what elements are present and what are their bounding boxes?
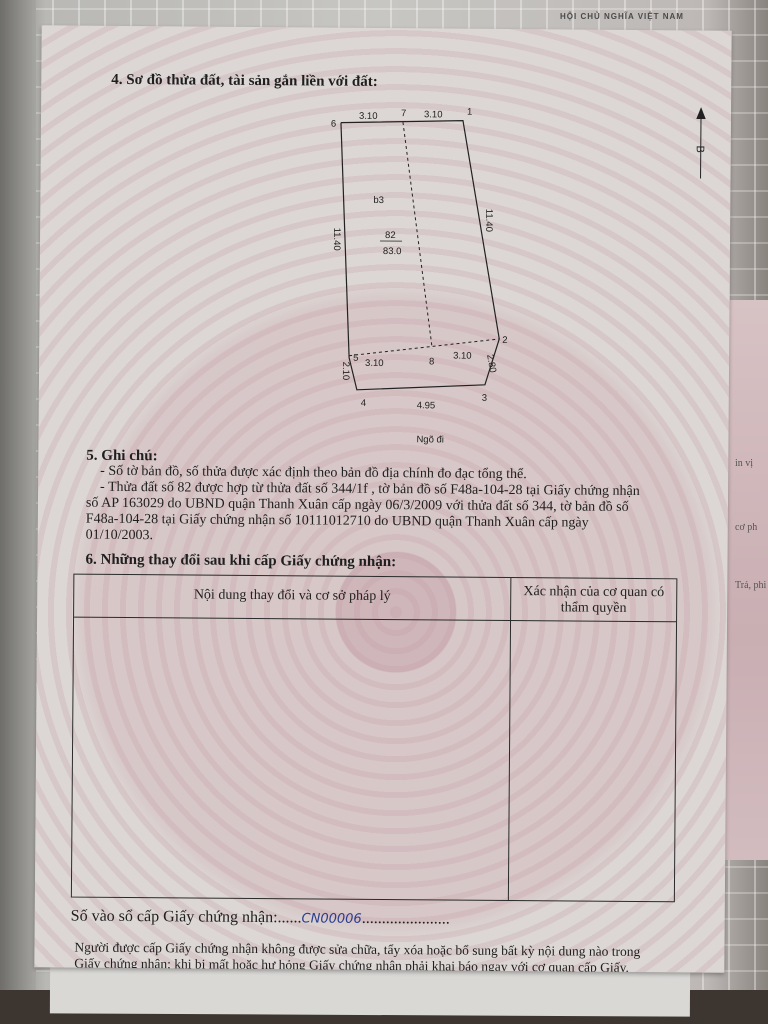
- column-header-changes: Nội dung thay đổi và cơ sở pháp lý: [74, 587, 510, 606]
- underlying-text-2: cơ ph: [735, 522, 757, 533]
- registration-number-line: Số vào sổ cấp Giấy chứng nhận:......CN00…: [71, 908, 450, 929]
- parcel-area: 83.0: [383, 246, 402, 257]
- point-5: 5: [353, 353, 358, 364]
- dim-6-7: 3.10: [359, 111, 378, 122]
- point-6: 6: [331, 119, 336, 130]
- note-line-5: 01/10/2003.: [86, 528, 153, 544]
- north-arrow-icon: B: [694, 108, 707, 178]
- leader-dots-trailing: ......................: [362, 910, 450, 928]
- parcel-diagram: 6 7 1 2 3 4 5 8 3.10 3.10 b3 82 83.0 3.1…: [38, 25, 731, 470]
- changes-table: Nội dung thay đổi và cơ sở pháp lý Xác n…: [71, 574, 678, 903]
- point-7: 7: [401, 108, 406, 119]
- parcel-number: 82: [385, 230, 396, 241]
- section6-title: 6. Những thay đổi sau khi cấp Giấy chứng…: [85, 552, 396, 571]
- dim-4-3: 4.95: [417, 400, 436, 411]
- column-divider: [508, 578, 512, 900]
- header-divider: [74, 617, 676, 623]
- underlying-text-1: in vị: [735, 458, 753, 469]
- underlying-document-banner: HỘI CHỦ NGHĨA VIỆT NAM: [560, 12, 684, 21]
- binder-label: L-05: [0, 790, 2, 830]
- note-line-4: F48a-104-28 tại Giấy chứng nhận số 10111…: [86, 512, 589, 531]
- point-1: 1: [467, 107, 472, 118]
- dim-7-1: 3.10: [424, 109, 443, 120]
- dim-5-8: 3.10: [365, 358, 384, 369]
- road-label: Ngõ đi: [416, 434, 444, 445]
- left-binder-strip: [0, 0, 36, 1024]
- point-3: 3: [482, 393, 487, 404]
- dim-8-2: 3.10: [453, 351, 472, 362]
- certificate-page: 4. Sơ đồ thửa đất, tài sản gắn liền với …: [34, 25, 731, 972]
- point-8: 8: [429, 356, 434, 367]
- dim-6-5: 11.40: [331, 228, 342, 251]
- land-code: b3: [373, 195, 384, 206]
- svg-text:B: B: [694, 145, 706, 152]
- dim-1-2: 11.40: [483, 209, 494, 232]
- section5-title: 5. Ghi chú:: [86, 448, 157, 466]
- dim-5-4: 2.10: [340, 362, 351, 381]
- column-header-confirmation: Xác nhận của cơ quan có thẩm quyền: [511, 584, 676, 617]
- dim-2-3: 2.80: [484, 353, 498, 373]
- handwritten-registration-number: CN00006: [302, 911, 362, 926]
- underlying-text-3: Trả, phi: [735, 580, 766, 591]
- leader-dots: ......: [278, 909, 302, 926]
- point-4: 4: [361, 398, 366, 409]
- point-2: 2: [502, 335, 507, 346]
- registration-label: Số vào sổ cấp Giấy chứng nhận:: [71, 908, 278, 927]
